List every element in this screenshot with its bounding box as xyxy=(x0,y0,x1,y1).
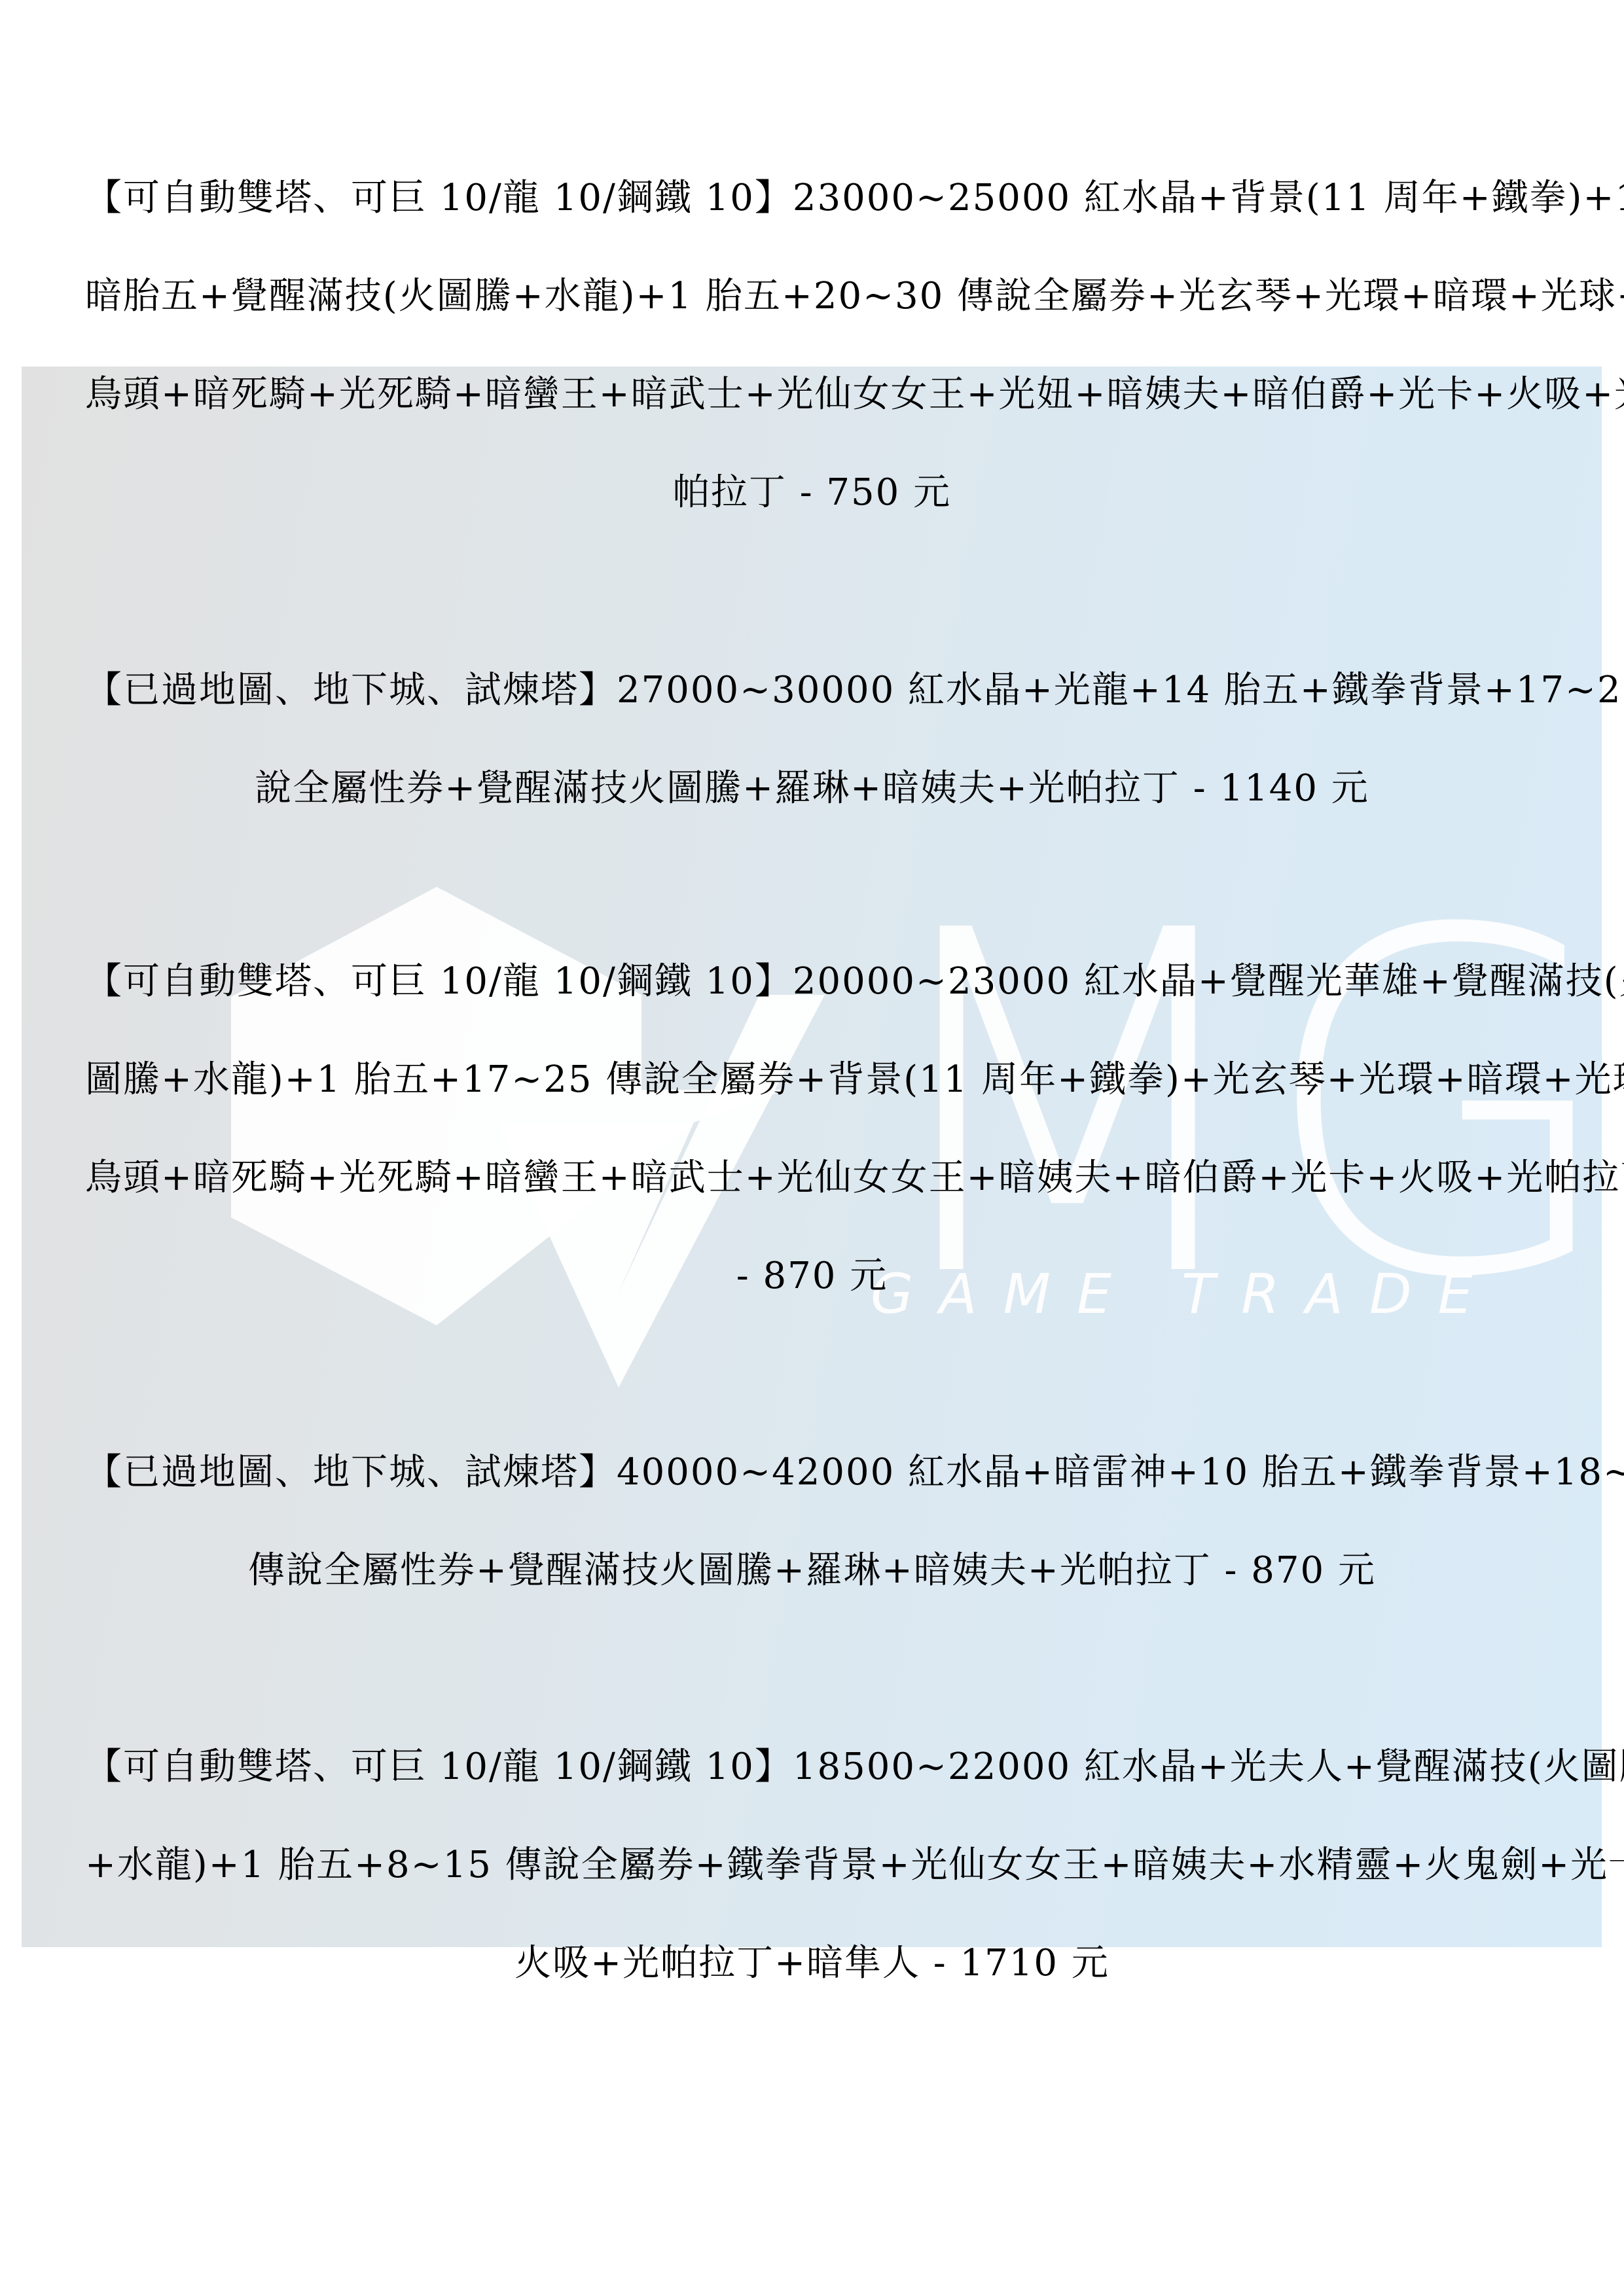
listing-line-price: - 870 元 xyxy=(85,1227,1539,1325)
listing-1: 【可自動雙塔、可巨 10/龍 10/鋼鐵 10】23000~25000 紅水晶+… xyxy=(85,149,1539,542)
listing-2: 【已過地圖、地下城、試煉塔】27000~30000 紅水晶+光龍+14 胎五+鐵… xyxy=(85,641,1539,838)
listing-line: 【已過地圖、地下城、試煉塔】40000~42000 紅水晶+暗雷神+10 胎五+… xyxy=(85,1424,1539,1522)
listing-line-price: 說全屬性券+覺醒滿技火圖騰+羅琳+暗姨夫+光帕拉丁 - 1140 元 xyxy=(85,740,1539,838)
listing-line: 【可自動雙塔、可巨 10/龍 10/鋼鐵 10】20000~23000 紅水晶+… xyxy=(85,933,1539,1031)
listing-4: 【已過地圖、地下城、試煉塔】40000~42000 紅水晶+暗雷神+10 胎五+… xyxy=(85,1424,1539,1620)
listing-line: 【已過地圖、地下城、試煉塔】27000~30000 紅水晶+光龍+14 胎五+鐵… xyxy=(85,641,1539,740)
listing-line-price: 帕拉丁 - 750 元 xyxy=(85,444,1539,542)
listing-line: +水龍)+1 胎五+8~15 傳說全屬券+鐵拳背景+光仙女女王+暗姨夫+水精靈+… xyxy=(85,1816,1539,1914)
listing-line: 鳥頭+暗死騎+光死騎+暗蠻王+暗武士+光仙女女王+暗姨夫+暗伯爵+光卡+火吸+光… xyxy=(85,1129,1539,1227)
listing-line: 鳥頭+暗死騎+光死騎+暗蠻王+暗武士+光仙女女王+光妞+暗姨夫+暗伯爵+光卡+火… xyxy=(85,346,1539,444)
listing-line: 【可自動雙塔、可巨 10/龍 10/鋼鐵 10】23000~25000 紅水晶+… xyxy=(85,149,1539,247)
listing-5: 【可自動雙塔、可巨 10/龍 10/鋼鐵 10】18500~22000 紅水晶+… xyxy=(85,1718,1539,2013)
listing-line: 【可自動雙塔、可巨 10/龍 10/鋼鐵 10】18500~22000 紅水晶+… xyxy=(85,1718,1539,1816)
listing-3: 【可自動雙塔、可巨 10/龍 10/鋼鐵 10】20000~23000 紅水晶+… xyxy=(85,933,1539,1325)
listing-line-price: 火吸+光帕拉丁+暗隼人 - 1710 元 xyxy=(85,1914,1539,2013)
listing-line: 暗胎五+覺醒滿技(火圖騰+水龍)+1 胎五+20~30 傳說全屬券+光玄琴+光環… xyxy=(85,247,1539,346)
listing-line: 圖騰+水龍)+1 胎五+17~25 傳說全屬券+背景(11 周年+鐵拳)+光玄琴… xyxy=(85,1031,1539,1129)
listing-line-price: 傳說全屬性券+覺醒滿技火圖騰+羅琳+暗姨夫+光帕拉丁 - 870 元 xyxy=(85,1522,1539,1620)
